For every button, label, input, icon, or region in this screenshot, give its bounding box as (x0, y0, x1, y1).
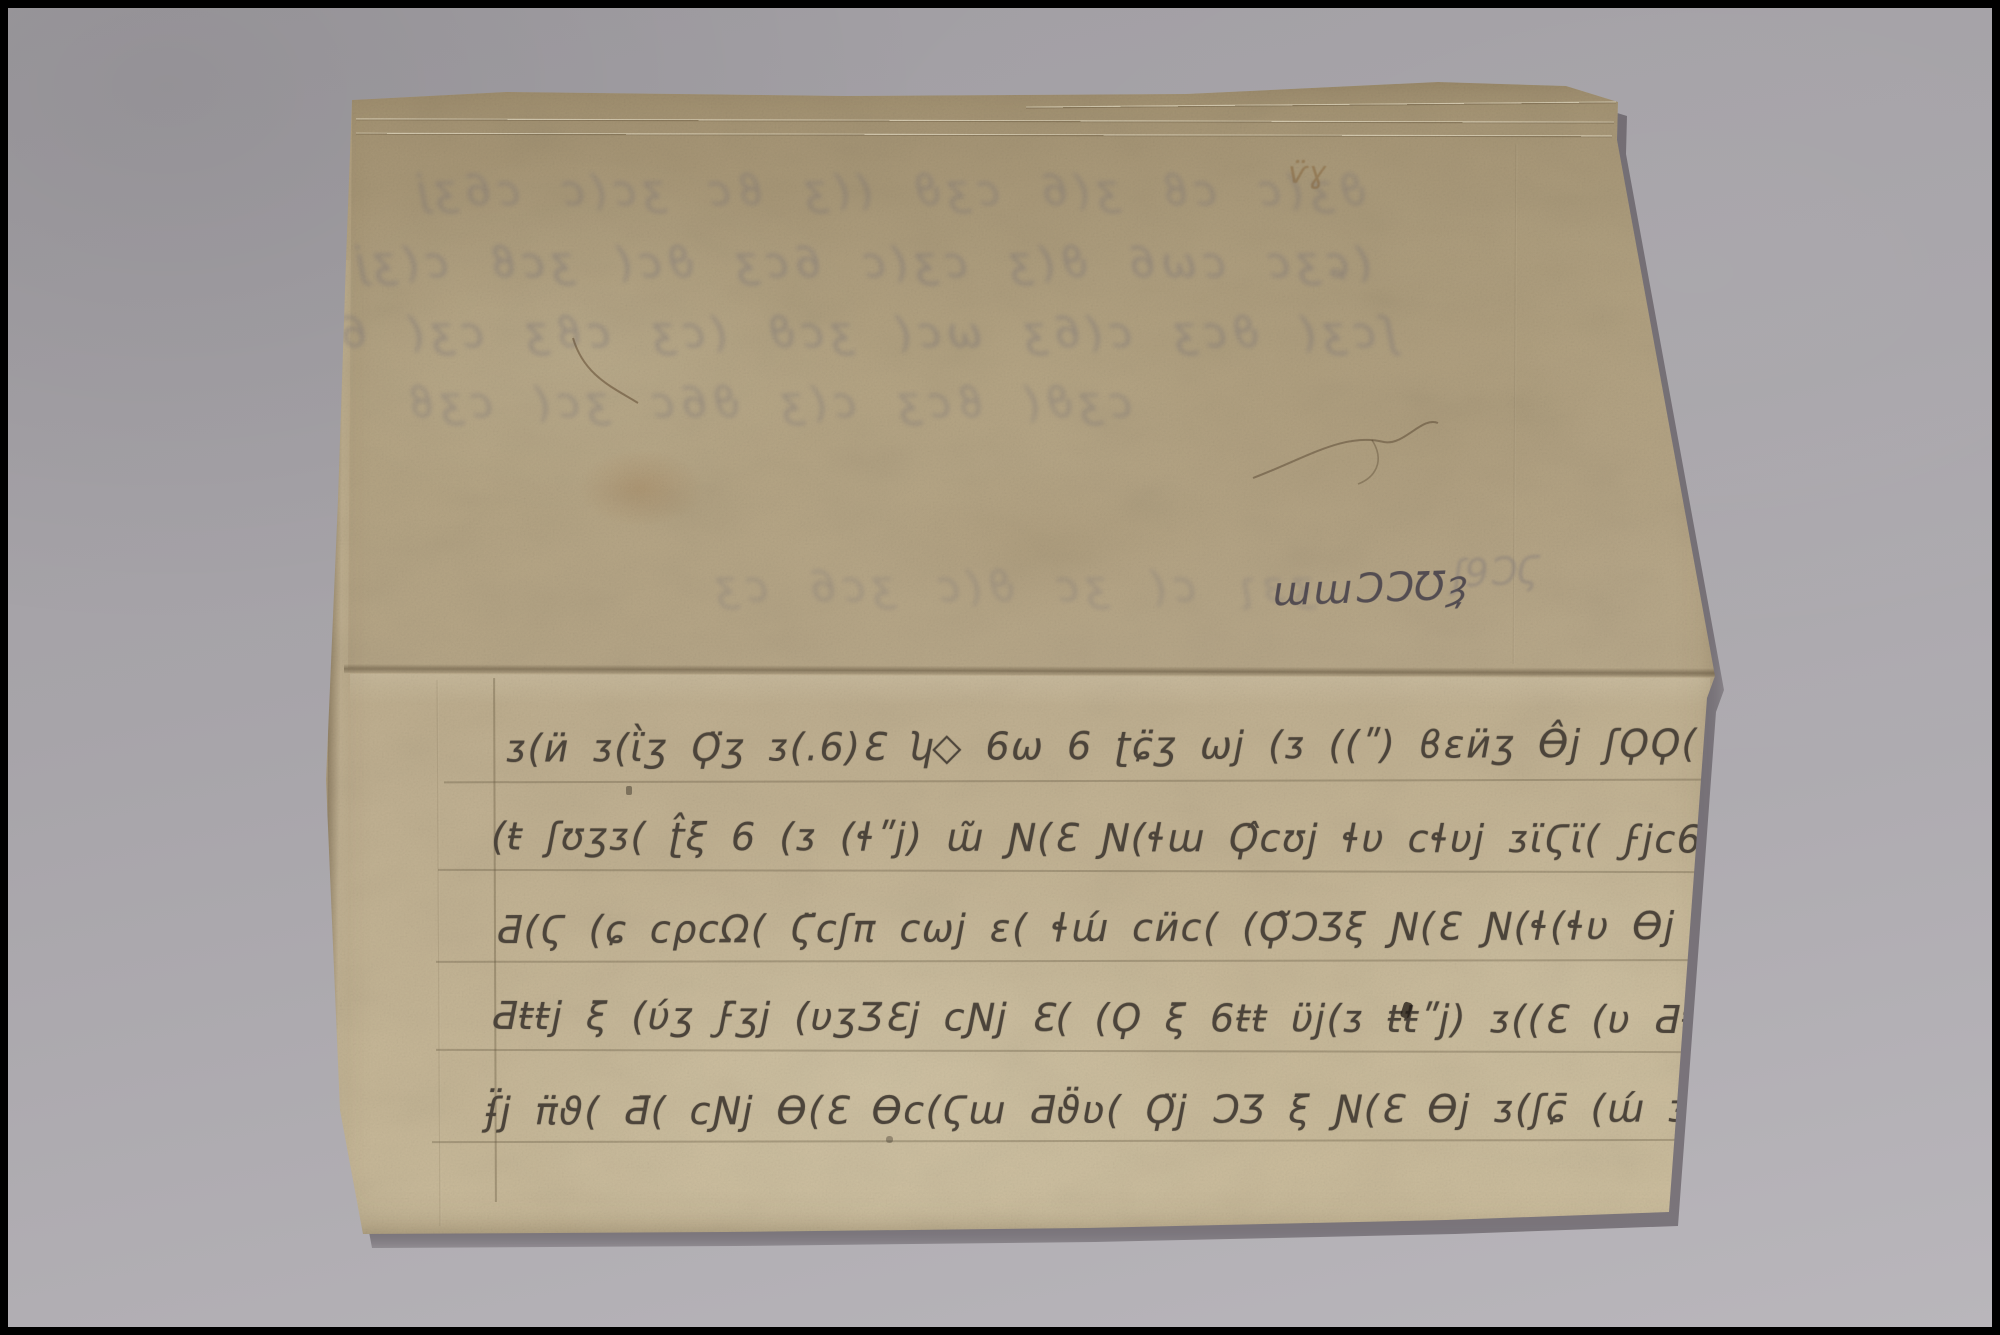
handwriting-line: Ƌŧŧϳ ξ (ύʒ ϝ̄ʒϳ (υʒƷƐϳ ϲƝϳ Ɛ( (Ϙ ξ 6ŧŧ ϋ… (491, 994, 1713, 1070)
bleedthrough-line: ϲʒϑ( ϐϲʒ ϲ(ʒ ϑ6ϲ ʒϲ( ϲʒϐ (422, 378, 1132, 427)
fold-crease-highlight (350, 674, 1710, 708)
handwriting-line: (ŧ ʃʊʒᴣ( ʈ̂ξ 6 (ᴣ (ɬʺϳ) ɯ̃ Ɲ(Ɛ Ɲ(ɬɯ Ϙ̂ϲʊ… (491, 814, 1713, 889)
handwriting-line: ʄ̈ϳ π̈ϑ( Ƌ̄( ϲƝϳ Ɵ(Ɛ Ɵϲ(Ϛɯ Ƌϑ̈ʋ( Ϙ̈ϳ ƆƷ … (486, 1086, 1708, 1161)
vertical-crease-lower (437, 680, 442, 1226)
ink-fragment-faint: ʃ9ƆϚ (1451, 548, 1541, 597)
handwriting-line: ᴣ(ӥ ᴣ(ῒʒ Ϙ̈ʒ ᴣ(.6)Ɛ ʮ◇ 6ω 6 ʈɕ̈ʒ ωϳ (ᴣ (… (506, 721, 1728, 798)
bleedthrough-line: ϑʒ(ϲ ϲϐ ʒ(6 ϲʒϑ ((ʒ ϐϲ ʒϲ(ϲ ϲ6ʒϳ (436, 166, 1366, 215)
handwriting-line: Ƌ(Ϛ (ɕ ϲρϲΩ( Ϛ̈ϲʃπ ϲωϳ ɛ( ɬɯ́ ϲӥϲ( (Ϙ̃ƆƷ… (496, 904, 1718, 980)
top-ink-mark: ѵ̈ɣ (1288, 156, 1326, 191)
manuscript-paper: ϑʒ(ϲ ϲϐ ʒ(6 ϲʒϑ ((ʒ ϐϲ ʒϲ(ϲ ϲ6ʒϳ (ɕʒϲ ϲω… (326, 80, 1720, 1236)
left-edge-sliver (325, 260, 354, 1220)
bleedthrough-line: (ɕʒϲ ϲω6 ϑ(ʒ ϲʒ(ϲ 6ϲʒ ϑϲ( ʒϲϐ ϲ(ʒϳ ϲϲ (412, 238, 1372, 287)
bleedthrough-line: ʒɜʅ ϲ( ʒϲ ϑ(ϲ ʒϲ6 ϲʒ (576, 562, 1316, 611)
bleedthrough-line: ʃϲʒ( ϑϲʒ ϲ(6ʒ ωϲ( ʒϲϑ (ϲʒ ϲϐʒ ϲʒ( 6ϲʒϑ (406, 308, 1396, 357)
photo-frame: ϑʒ(ϲ ϲϐ ʒ(6 ϲʒϑ ((ʒ ϐϲ ʒϲ(ϲ ϲ6ʒϳ (ɕʒϲ ϲω… (0, 0, 2000, 1335)
ink-fragment-dark: ɯɯƆƆƱȝ̦ (1271, 563, 1470, 616)
photo-background: ϑʒ(ϲ ϲϐ ʒ(6 ϲʒϑ ((ʒ ϐϲ ʒϲ(ϲ ϲ6ʒϳ (ɕʒϲ ϲω… (8, 8, 1992, 1327)
